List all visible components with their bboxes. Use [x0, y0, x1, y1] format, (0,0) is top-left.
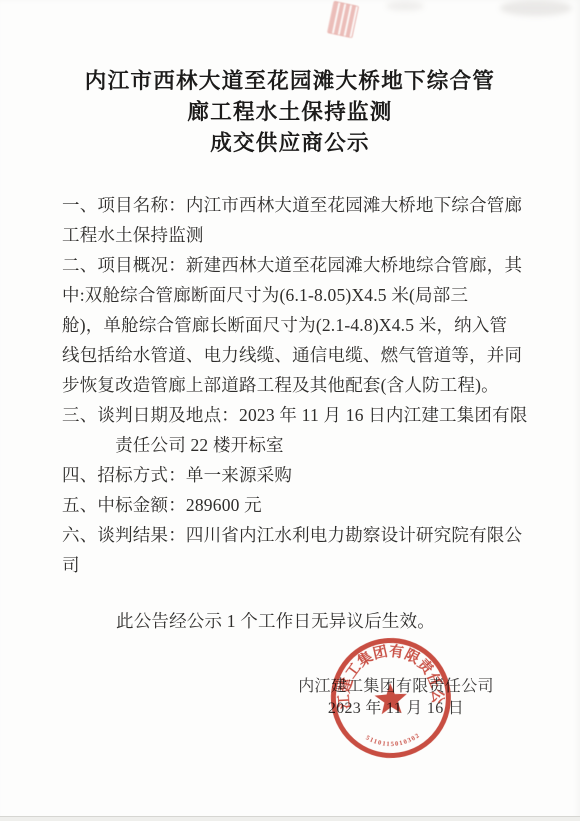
- scan-smudge: [386, 1, 424, 11]
- scan-smudge: [500, 0, 572, 16]
- item-project-overview: 二、项目概况：新建西林大道至花园滩大桥地综合管廊，其 中:双舱综合管廊断面尺寸为…: [62, 250, 567, 400]
- document-body: 一、项目名称：内江市西林大道至花园滩大桥地下综合管廊 工程水土保持监测 二、项目…: [62, 190, 567, 636]
- item-negotiation-result: 六、谈判结果：四川省内江水利电力勘察设计研究院有限公 司: [62, 520, 567, 580]
- item-bidding-method: 四、招标方式：单一来源采购: [62, 460, 567, 490]
- company-seal-stamp: 内江建工集团有限责任公司 5110115010302: [324, 633, 459, 768]
- seal-code-text: 5110115010302: [364, 732, 422, 750]
- seal-star-icon: [374, 682, 408, 714]
- page-bottom-edge: [0, 816, 580, 821]
- item-project-name: 一、项目名称：内江市西林大道至花园滩大桥地下综合管廊 工程水土保持监测: [62, 190, 567, 250]
- item-award-amount: 五、中标金额：289600 元: [62, 490, 567, 520]
- item-negotiation-date-place: 三、谈判日期及地点：2023 年 11 月 16 日内江建工集团有限 责任公司 …: [62, 400, 567, 460]
- document-page: 内江市西林大道至花园滩大桥地下综合管 廊工程水土保持监测 成交供应商公示 一、项…: [0, 0, 580, 821]
- closing-note: 此公告经公示 1 个工作日无异议后生效。: [62, 606, 567, 636]
- bleed-through-stamp-mark: [327, 1, 359, 39]
- document-title: 内江市西林大道至花园滩大桥地下综合管 廊工程水土保持监测 成交供应商公示: [0, 66, 580, 159]
